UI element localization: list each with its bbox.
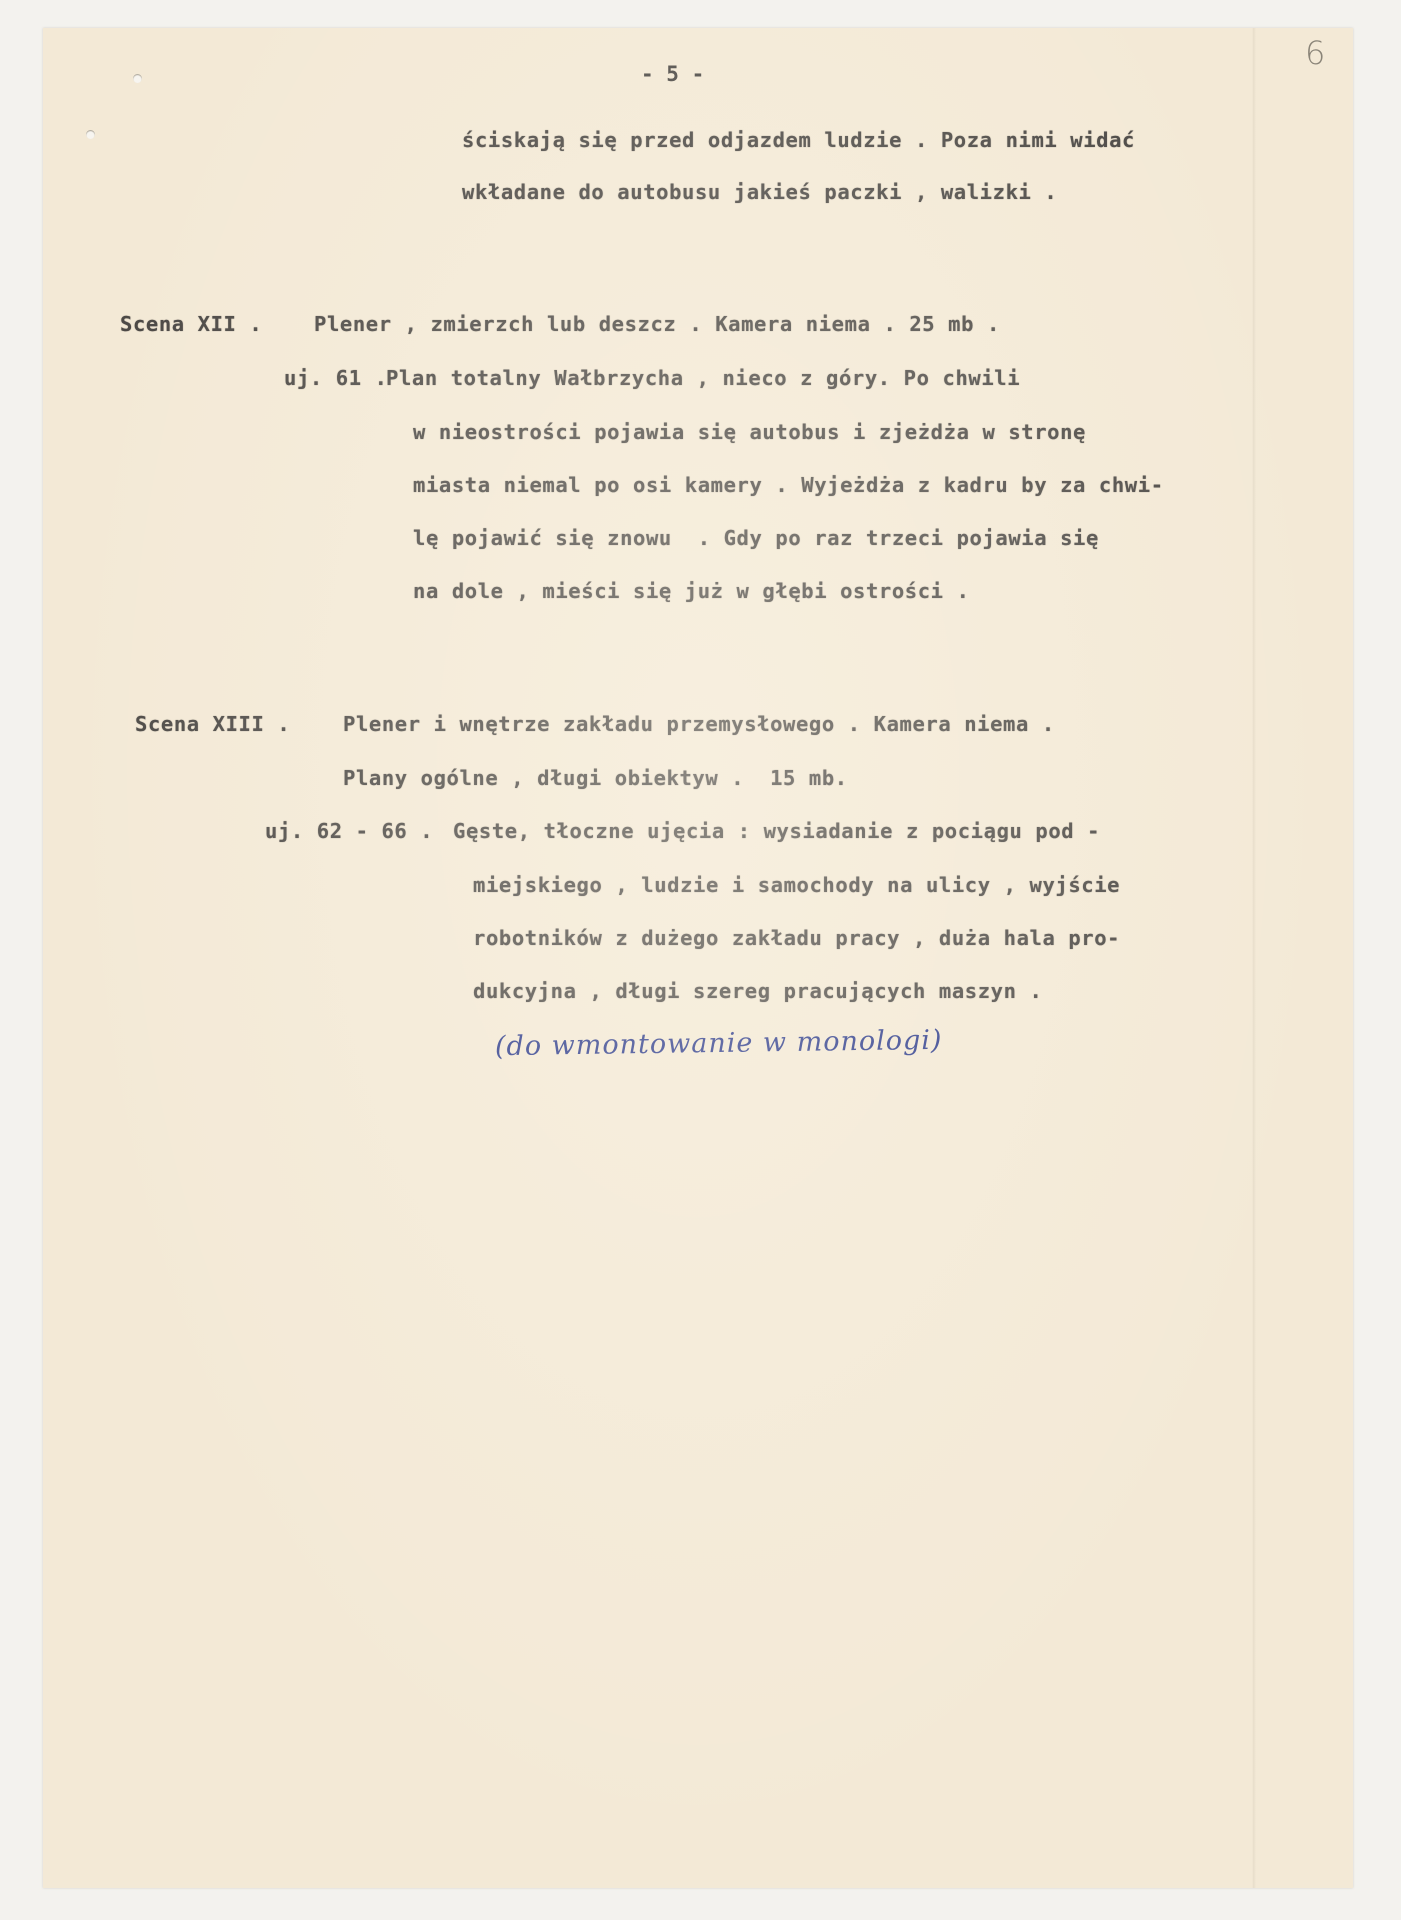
shot-label: uj. 61 . [284,368,388,389]
typewritten-page: - 5 - 6 ściskają się przed odjazdem ludz… [43,28,1353,1888]
punch-hole-icon [86,130,95,139]
shot-line: miasta niemal po osi kamery . Wyjeżdża z… [413,475,1164,496]
shot-line: w nieostrości pojawia się autobus i zjeż… [413,422,1086,443]
scene-heading: Scena XIII . [135,714,290,735]
handwritten-folio-number: 6 [1305,34,1325,72]
scene-heading: Scena XII . [120,314,262,335]
shot-line: Gęste, tłoczne ujęcia : wysiadanie z poc… [453,821,1100,842]
scene-description: Plener i wnętrze zakładu przemysłowego .… [343,714,1055,735]
scene-description: Plener , zmierzch lub deszcz . Kamera ni… [314,314,1000,335]
scan-background: - 5 - 6 ściskają się przed odjazdem ludz… [0,0,1401,1920]
continuation-line: ściskają się przed odjazdem ludzie . Poz… [462,130,1135,151]
continuation-line: wkładane do autobusu jakieś paczki , wal… [462,182,1057,203]
shot-line: Plan totalny Wałbrzycha , nieco z góry. … [386,368,1020,389]
handwritten-annotation: (do wmontowanie w monologi) [495,1025,943,1062]
shot-line: na dole , mieści się już w głębi ostrośc… [413,581,970,602]
typed-page-number: - 5 - [641,62,704,86]
punch-hole-icon [133,74,142,83]
shot-line: lę pojawić się znowu . Gdy po raz trzeci… [413,528,1099,549]
scene-description-line2: Plany ogólne , długi obiektyw . 15 mb. [343,768,848,789]
shot-line: miejskiego , ludzie i samochody na ulicy… [473,875,1120,896]
shot-line: dukcyjna , długi szereg pracujących masz… [473,981,1042,1002]
shot-line: robotników z dużego zakładu pracy , duża… [473,928,1120,949]
shot-label: uj. 62 - 66 . [265,821,433,842]
